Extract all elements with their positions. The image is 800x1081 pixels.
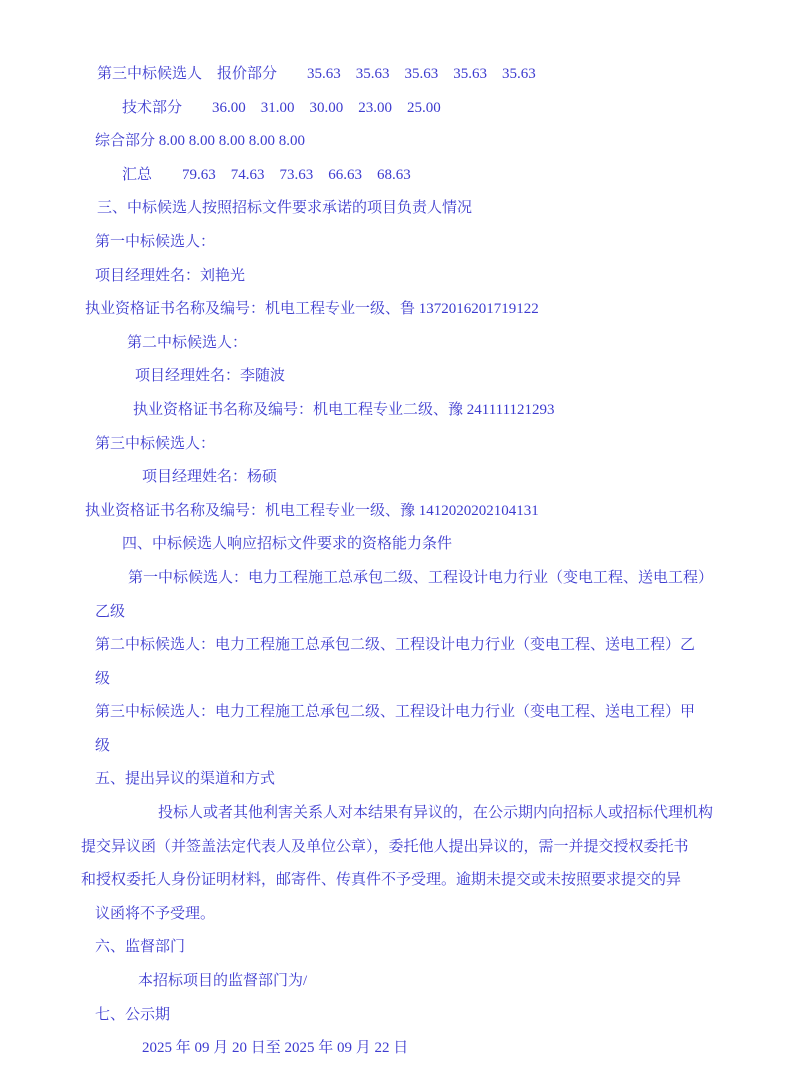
objection-paragraph-line1: 投标人或者其他利害关系人对本结果有异议的，在公示期内向招标人或招标代理机构	[0, 797, 800, 831]
bid2-label: 第二中标候选人：	[0, 327, 800, 361]
objection-paragraph-line2: 提交异议函（并签盖法定代表人及单位公章），委托他人提出异议的，需一并提交授权委托…	[0, 831, 800, 865]
bid3-score-composite-row: 综合部分 8.00 8.00 8.00 8.00 8.00	[0, 125, 800, 159]
bid2-project-manager: 项目经理姓名：李随波	[0, 360, 800, 394]
section-6-heading: 六、监督部门	[0, 931, 800, 965]
bid1-label: 第一中标候选人：	[0, 226, 800, 260]
section-3-heading: 三、中标候选人按照招标文件要求承诺的项目负责人情况	[0, 192, 800, 226]
bid1-qualification-line1: 第一中标候选人：电力工程施工总承包二级、工程设计电力行业（变电工程、送电工程）	[0, 562, 800, 596]
bid3-score-tech-row: 技术部分 36.00 31.00 30.00 23.00 25.00	[0, 92, 800, 126]
bid3-qualification-line2: 级	[0, 730, 800, 764]
section-7-heading: 七、公示期	[0, 999, 800, 1033]
bid2-qualification-line1: 第二中标候选人：电力工程施工总承包二级、工程设计电力行业（变电工程、送电工程）乙	[0, 629, 800, 663]
bid3-project-manager: 项目经理姓名：杨硕	[0, 461, 800, 495]
bid1-qualification-line2: 乙级	[0, 596, 800, 630]
bid1-project-manager: 项目经理姓名：刘艳光	[0, 260, 800, 294]
section-5-heading: 五、提出异议的渠道和方式	[0, 763, 800, 797]
objection-paragraph-line4: 议函将不予受理。	[0, 898, 800, 932]
supervision-dept-line: 本招标项目的监督部门为/	[0, 965, 800, 999]
section-4-heading: 四、中标候选人响应招标文件要求的资格能力条件	[0, 528, 800, 562]
bid2-qualification-line2: 级	[0, 663, 800, 697]
bid3-score-price-row: 第三中标候选人 报价部分 35.63 35.63 35.63 35.63 35.…	[0, 58, 800, 92]
bid3-certificate: 执业资格证书名称及编号：机电工程专业一级、豫 1412020202104131	[0, 495, 800, 529]
bid3-score-total-row: 汇总 79.63 74.63 73.63 66.63 68.63	[0, 159, 800, 193]
bid1-certificate: 执业资格证书名称及编号：机电工程专业一级、鲁 1372016201719122	[0, 293, 800, 327]
objection-paragraph-line3: 和授权委托人身份证明材料，邮寄件、传真件不予受理。逾期未提交或未按照要求提交的异	[0, 864, 800, 898]
publicity-period-line: 2025 年 09 月 20 日至 2025 年 09 月 22 日	[0, 1032, 800, 1066]
bid3-qualification-line1: 第三中标候选人：电力工程施工总承包二级、工程设计电力行业（变电工程、送电工程）甲	[0, 696, 800, 730]
document-body: 第三中标候选人 报价部分 35.63 35.63 35.63 35.63 35.…	[0, 58, 800, 1066]
bid2-certificate: 执业资格证书名称及编号：机电工程专业二级、豫 241111121293	[0, 394, 800, 428]
bid3-label: 第三中标候选人：	[0, 428, 800, 462]
